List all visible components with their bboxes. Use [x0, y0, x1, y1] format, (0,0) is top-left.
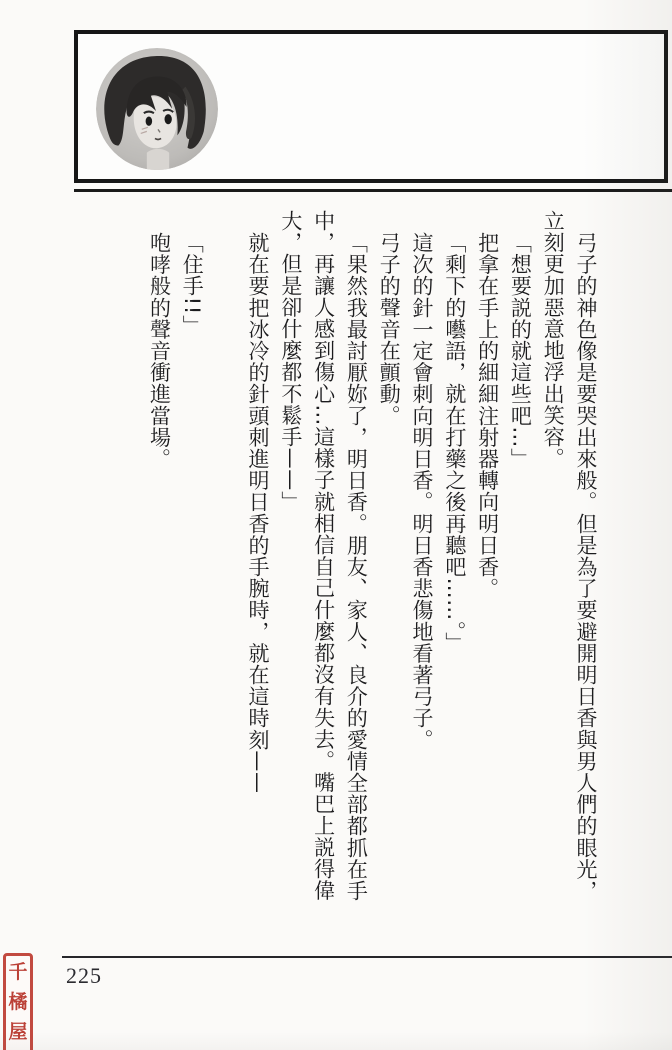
text-line: 咆哮般的聲音衝進當場。 [143, 210, 176, 952]
anime-girl-portrait [96, 48, 218, 170]
scan-shade-bottom [0, 1032, 672, 1050]
page-number: 225 [66, 963, 102, 989]
anime-girl-portrait-icon [96, 48, 218, 170]
text-line: 「想要説的就這些吧…」 [504, 210, 537, 952]
seal-char: 千 [8, 958, 27, 988]
text-line: 中，再讓人感到傷心…這樣子就相信自己什麼都沒有失去。嘴巴上説得偉 [307, 210, 340, 952]
text-line: 這次的針一定會刺向明日香。明日香悲傷地看著弓子。 [405, 210, 438, 952]
text-line: 「果然我最討厭妳了，明日香。朋友、家人、良介的愛情全部都抓在手 [340, 210, 373, 952]
text-line: 弓子的聲音在顫動。 [372, 210, 405, 952]
text-line: 「住手!!」 [175, 210, 208, 952]
text-line: 「剩下的囈語，就在打藥之後再聽吧……。」 [438, 210, 471, 952]
seal-char: 屋 [8, 1018, 27, 1048]
text-line: 大，但是卻什麼都不鬆手——」 [274, 210, 307, 952]
text-line: 立刻更加惡意地浮出笑容。 [536, 210, 569, 952]
seal-char: 橘 [8, 988, 27, 1018]
publisher-seal-stamp: 千 橘 屋 [3, 953, 33, 1050]
novel-text-block: 弓子的神色像是要哭出來般。但是為了要避開明日香與男人們的眼光， 立刻更加惡意地浮… [143, 210, 602, 952]
text-line: 弓子的神色像是要哭出來般。但是為了要避開明日香與男人們的眼光， [569, 210, 602, 952]
header-underline [74, 189, 672, 192]
footer-rule [62, 956, 672, 958]
text-line: 就在要把冰冷的針頭刺進明日香的手腕時，就在這時刻—— [241, 210, 274, 952]
header-frame [74, 30, 668, 183]
text-line: 把拿在手上的細細注射器轉向明日香。 [471, 210, 504, 952]
